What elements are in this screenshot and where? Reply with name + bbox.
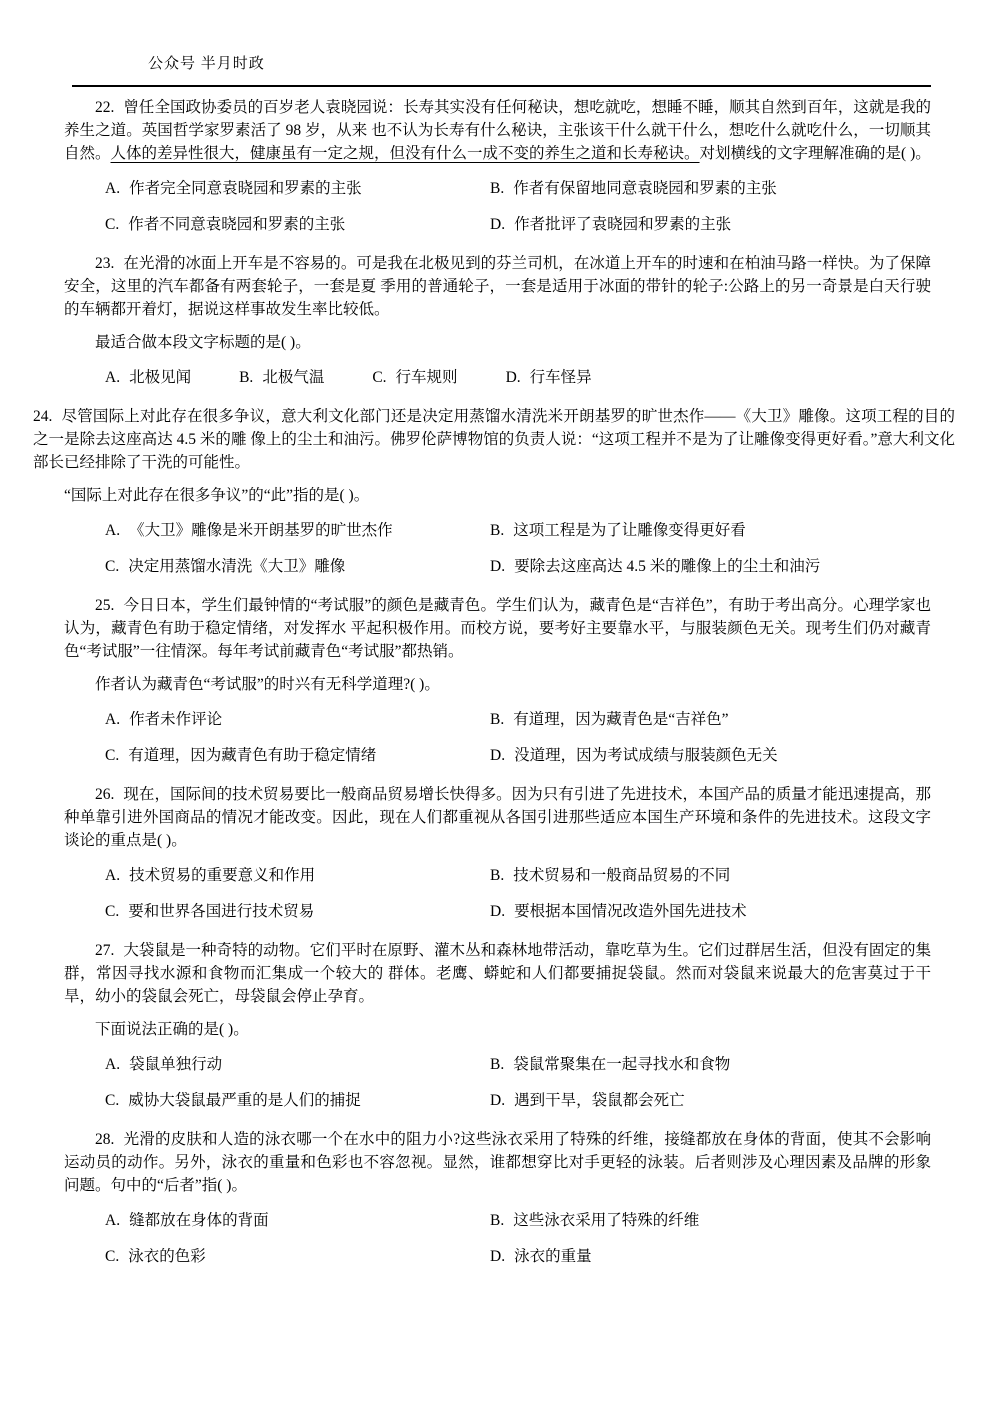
question-26-option-a: A.技术贸易的重要意义和作用 [105, 864, 490, 887]
question-28: 28.光滑的皮肤和人造的泳衣哪一个在水中的阻力小?这些泳衣采用了特殊的纤维，接缝… [64, 1128, 931, 1268]
option-label: A. [105, 180, 120, 197]
option-label: C. [105, 216, 119, 233]
option-label: D. [490, 1248, 505, 1265]
option-text: 行车怪异 [530, 369, 592, 386]
question-24-option-d: D.要除去这座高达 4.5 米的雕像上的尘土和油污 [490, 555, 931, 578]
question-27-option-b: B.袋鼠常聚集在一起寻找水和食物 [490, 1053, 931, 1076]
question-26-stem: 26.现在，国际间的技术贸易要比一般商品贸易增长快得多。因为只有引进了先进技术，… [64, 783, 931, 852]
question-26: 26.现在，国际间的技术贸易要比一般商品贸易增长快得多。因为只有引进了先进技术，… [64, 783, 931, 923]
question-23-stem: 23.在光滑的冰面上开车是不容易的。可是我在北极见到的芬兰司机，在冰道上开车的时… [64, 252, 931, 321]
option-text: 北极见闻 [129, 369, 191, 386]
option-label: A. [105, 711, 120, 728]
question-25-option-c: C.有道理，因为藏青色有助于稳定情绪 [105, 744, 490, 767]
question-26-option-c: C.要和世界各国进行技术贸易 [105, 900, 490, 923]
option-text: 泳衣的重量 [514, 1248, 592, 1265]
question-24: 24.尽管国际上对此存在很多争议，意大利文化部门还是决定用蒸馏水清洗米开朗基罗的… [64, 405, 931, 578]
question-26-options: A.技术贸易的重要意义和作用 B.技术贸易和一般商品贸易的不同 C.要和世界各国… [64, 864, 931, 923]
option-label: A. [105, 369, 120, 386]
option-text: 技术贸易和一般商品贸易的不同 [513, 867, 730, 884]
question-27-stem-text: 大袋鼠是一种奇特的动物。它们平时在原野、灌木丛和森林地带活动，靠吃草为生。它们过… [64, 942, 931, 1005]
option-text: 有道理，因为藏青色有助于稳定情绪 [128, 747, 376, 764]
question-22-underlined-text: 人体的差异性很大，健康虽有一定之规，但没有什么一成不变的养生之道和长寿秘诀。 [111, 145, 700, 162]
question-22-stem: 22.曾任全国政协委员的百岁老人袁晓园说：长寿其实没有任何秘诀，想吃就吃，想睡不… [64, 96, 931, 165]
question-26-number: 26. [95, 786, 114, 803]
option-text: 北极气温 [262, 369, 324, 386]
option-label: B. [490, 1212, 504, 1229]
option-label: A. [105, 1056, 120, 1073]
option-text: 威协大袋鼠最严重的是人们的捕捉 [128, 1092, 361, 1109]
question-22-stem-after: 对划横线的文字理解准确的是( )。 [700, 145, 931, 162]
option-text: 要根据本国情况改造外国先进技术 [514, 903, 747, 920]
page-content: 公众号 半月时政 22.曾任全国政协委员的百岁老人袁晓园说：长寿其实没有任何秘诀… [0, 54, 991, 1268]
question-23-option-c: C.行车规则 [372, 366, 457, 389]
question-22-option-b: B.作者有保留地同意袁晓园和罗素的主张 [490, 177, 931, 200]
question-24-option-b: B.这项工程是为了让雕像变得更好看 [490, 519, 931, 542]
question-25-option-b: B.有道理，因为藏青色是“吉祥色” [490, 708, 931, 731]
option-label: C. [372, 369, 386, 386]
option-label: C. [105, 747, 119, 764]
question-28-stem: 28.光滑的皮肤和人造的泳衣哪一个在水中的阻力小?这些泳衣采用了特殊的纤维，接缝… [64, 1128, 931, 1197]
option-text: 行车规则 [396, 369, 458, 386]
option-text: 要除去这座高达 4.5 米的雕像上的尘土和油污 [514, 558, 820, 575]
question-26-option-b: B.技术贸易和一般商品贸易的不同 [490, 864, 931, 887]
option-label: D. [506, 369, 521, 386]
option-text: 决定用蒸馏水清洗《大卫》雕像 [128, 558, 345, 575]
question-27-option-c: C.威协大袋鼠最严重的是人们的捕捉 [105, 1089, 490, 1112]
question-25-option-d: D.没道理，因为考试成绩与服装颜色无关 [490, 744, 931, 767]
question-25-stem-text: 今日日本，学生们最钟情的“考试服”的颜色是藏青色。学生们认为，藏青色是“吉祥色”… [64, 597, 931, 660]
question-25-prompt: 作者认为藏青色“考试服”的时兴有无科学道理?( )。 [64, 673, 931, 696]
question-27-stem: 27.大袋鼠是一种奇特的动物。它们平时在原野、灌木丛和森林地带活动，靠吃草为生。… [64, 939, 931, 1008]
question-28-option-d: D.泳衣的重量 [490, 1245, 931, 1268]
option-text: 作者完全同意袁晓园和罗素的主张 [129, 180, 362, 197]
option-label: B. [239, 369, 253, 386]
option-label: B. [490, 711, 504, 728]
option-label: A. [105, 1212, 120, 1229]
question-23-option-a: A.北极见闻 [105, 366, 191, 389]
question-23-number: 23. [95, 255, 114, 272]
option-text: 袋鼠单独行动 [129, 1056, 222, 1073]
question-28-stem-text: 光滑的皮肤和人造的泳衣哪一个在水中的阻力小?这些泳衣采用了特殊的纤维，接缝都放在… [64, 1131, 931, 1194]
question-24-option-c: C.决定用蒸馏水清洗《大卫》雕像 [105, 555, 490, 578]
question-28-options: A.缝都放在身体的背面 B.这些泳衣采用了特殊的纤维 C.泳衣的色彩 D.泳衣的… [64, 1209, 931, 1268]
option-text: 遇到干旱，袋鼠都会死亡 [514, 1092, 685, 1109]
option-label: B. [490, 522, 504, 539]
question-24-stem: 24.尽管国际上对此存在很多争议，意大利文化部门还是决定用蒸馏水清洗米开朗基罗的… [33, 405, 955, 474]
question-28-option-c: C.泳衣的色彩 [105, 1245, 490, 1268]
page-header-brand: 公众号 半月时政 [148, 54, 931, 74]
option-label: C. [105, 558, 119, 575]
option-text: 作者有保留地同意袁晓园和罗素的主张 [513, 180, 777, 197]
option-text: 作者未作评论 [129, 711, 222, 728]
option-label: D. [490, 1092, 505, 1109]
option-label: B. [490, 867, 504, 884]
question-27: 27.大袋鼠是一种奇特的动物。它们平时在原野、灌木丛和森林地带活动，靠吃草为生。… [64, 939, 931, 1112]
option-label: D. [490, 216, 505, 233]
option-text: 有道理，因为藏青色是“吉祥色” [513, 711, 728, 728]
option-label: A. [105, 522, 120, 539]
question-22: 22.曾任全国政协委员的百岁老人袁晓园说：长寿其实没有任何秘诀，想吃就吃，想睡不… [64, 96, 931, 236]
option-label: B. [490, 180, 504, 197]
question-23-option-d: D.行车怪异 [506, 366, 592, 389]
question-27-options: A.袋鼠单独行动 B.袋鼠常聚集在一起寻找水和食物 C.威协大袋鼠最严重的是人们… [64, 1053, 931, 1112]
header-divider-line [72, 85, 931, 87]
option-text: 缝都放在身体的背面 [129, 1212, 269, 1229]
question-28-number: 28. [95, 1131, 114, 1148]
option-text: 作者批评了袁晓园和罗素的主张 [514, 216, 731, 233]
question-25-option-a: A.作者未作评论 [105, 708, 490, 731]
option-label: C. [105, 903, 119, 920]
question-22-option-a: A.作者完全同意袁晓园和罗素的主张 [105, 177, 490, 200]
question-22-options: A.作者完全同意袁晓园和罗素的主张 B.作者有保留地同意袁晓园和罗素的主张 C.… [64, 177, 931, 236]
question-25-number: 25. [95, 597, 114, 614]
question-24-stem-text: 尽管国际上对此存在很多争议，意大利文化部门还是决定用蒸馏水清洗米开朗基罗的旷世杰… [33, 408, 955, 471]
question-28-option-a: A.缝都放在身体的背面 [105, 1209, 490, 1232]
question-22-option-c: C.作者不同意袁晓园和罗素的主张 [105, 213, 490, 236]
question-25: 25.今日日本，学生们最钟情的“考试服”的颜色是藏青色。学生们认为，藏青色是“吉… [64, 594, 931, 767]
question-23-prompt: 最适合做本段文字标题的是( )。 [64, 331, 931, 354]
question-24-prompt: “国际上对此存在很多争议”的“此”指的是( )。 [33, 484, 955, 507]
option-label: D. [490, 558, 505, 575]
question-23: 23.在光滑的冰面上开车是不容易的。可是我在北极见到的芬兰司机，在冰道上开车的时… [64, 252, 931, 389]
question-24-text-block: 24.尽管国际上对此存在很多争议，意大利文化部门还是决定用蒸馏水清洗米开朗基罗的… [33, 405, 955, 507]
question-24-option-a: A.《大卫》雕像是米开朗基罗的旷世杰作 [105, 519, 490, 542]
document-page: 公众号 半月时政 22.曾任全国政协委员的百岁老人袁晓园说：长寿其实没有任何秘诀… [0, 0, 991, 1403]
option-label: D. [490, 747, 505, 764]
option-label: D. [490, 903, 505, 920]
option-label: C. [105, 1092, 119, 1109]
question-27-number: 27. [95, 942, 114, 959]
question-27-option-a: A.袋鼠单独行动 [105, 1053, 490, 1076]
question-23-option-b: B.北极气温 [239, 366, 324, 389]
option-text: 《大卫》雕像是米开朗基罗的旷世杰作 [129, 522, 393, 539]
question-27-prompt: 下面说法正确的是( )。 [64, 1018, 931, 1041]
question-24-number: 24. [33, 408, 52, 425]
option-label: A. [105, 867, 120, 884]
question-22-number: 22. [95, 99, 114, 116]
question-27-option-d: D.遇到干旱，袋鼠都会死亡 [490, 1089, 931, 1112]
option-text: 技术贸易的重要意义和作用 [129, 867, 315, 884]
question-25-stem: 25.今日日本，学生们最钟情的“考试服”的颜色是藏青色。学生们认为，藏青色是“吉… [64, 594, 931, 663]
question-26-stem-text: 现在，国际间的技术贸易要比一般商品贸易增长快得多。因为只有引进了先进技术，本国产… [64, 786, 931, 849]
option-label: B. [490, 1056, 504, 1073]
question-26-option-d: D.要根据本国情况改造外国先进技术 [490, 900, 931, 923]
question-23-stem-text: 在光滑的冰面上开车是不容易的。可是我在北极见到的芬兰司机，在冰道上开车的时速和在… [64, 255, 931, 318]
option-label: C. [105, 1248, 119, 1265]
question-list: 22.曾任全国政协委员的百岁老人袁晓园说：长寿其实没有任何秘诀，想吃就吃，想睡不… [64, 96, 931, 1268]
option-text: 袋鼠常聚集在一起寻找水和食物 [513, 1056, 730, 1073]
question-23-options: A.北极见闻 B.北极气温 C.行车规则 D.行车怪异 [64, 366, 931, 389]
option-text: 没道理，因为考试成绩与服装颜色无关 [514, 747, 778, 764]
option-text: 这些泳衣采用了特殊的纤维 [513, 1212, 699, 1229]
question-22-option-d: D.作者批评了袁晓园和罗素的主张 [490, 213, 931, 236]
question-28-option-b: B.这些泳衣采用了特殊的纤维 [490, 1209, 931, 1232]
option-text: 泳衣的色彩 [128, 1248, 206, 1265]
question-24-options: A.《大卫》雕像是米开朗基罗的旷世杰作 B.这项工程是为了让雕像变得更好看 C.… [64, 519, 931, 578]
option-text: 作者不同意袁晓园和罗素的主张 [128, 216, 345, 233]
option-text: 这项工程是为了让雕像变得更好看 [513, 522, 746, 539]
question-25-options: A.作者未作评论 B.有道理，因为藏青色是“吉祥色” C.有道理，因为藏青色有助… [64, 708, 931, 767]
option-text: 要和世界各国进行技术贸易 [128, 903, 314, 920]
